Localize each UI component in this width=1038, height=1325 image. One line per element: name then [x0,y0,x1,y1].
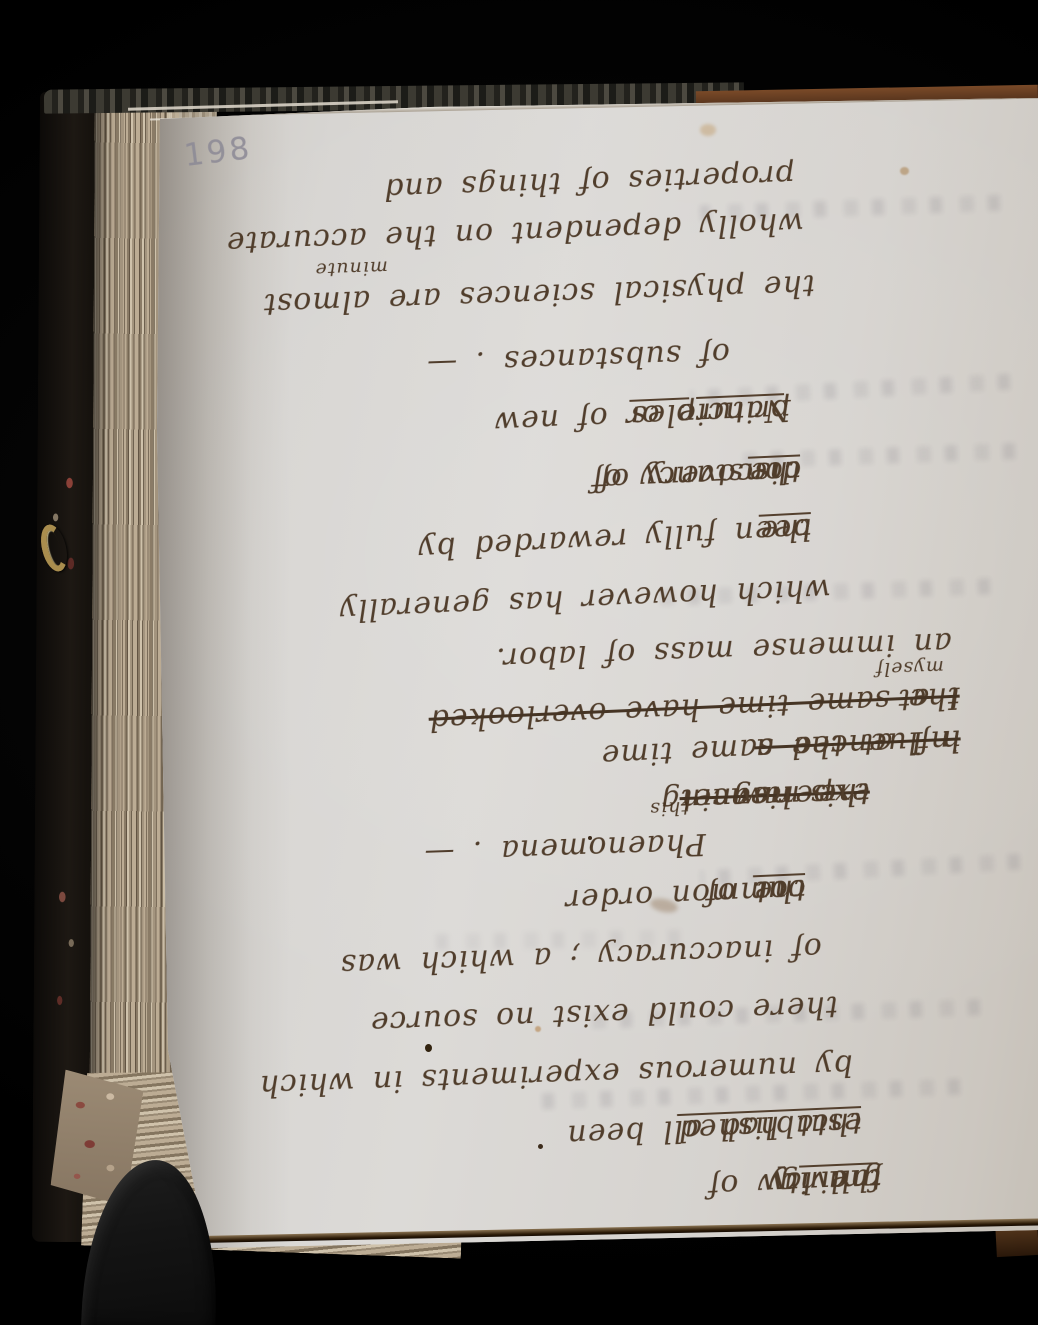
handwritten-line: of substances . — [494,330,730,384]
underlined-word: established [677,1099,863,1153]
handwritten-line: Nature or of new principles [234,386,791,456]
handwritten-line: Phaenomena . — [477,820,706,874]
words: Phaenomena . — [423,820,707,876]
words: common order [564,866,807,922]
words: constancy of [590,447,802,502]
handwritten-line: of inaccuracy ; a which was [227,925,822,992]
handwritten-line: out of the common order [257,866,806,936]
handwritten-line: discovery of the constancy of [224,447,801,518]
struck-words: influenced a [754,716,962,771]
words: this law [735,770,871,821]
words: which however has generally [338,565,832,632]
handwritten-line: there could exist no source [251,983,838,1049]
foxing-spot [900,167,909,175]
underlined-word: principles [629,386,792,439]
foxing-spot [700,124,716,136]
words: gravity [767,1155,883,1206]
words: been fully rewarded by [416,505,812,572]
words: there could exist no source [369,983,838,1045]
words: of substances . — [425,330,730,387]
underlined-word: the [758,505,812,554]
words: of inaccuracy ; a which was [339,925,823,988]
manuscript-photograph: properties of things andwholly dependent… [0,0,1038,1325]
ink-blot [425,1044,432,1052]
